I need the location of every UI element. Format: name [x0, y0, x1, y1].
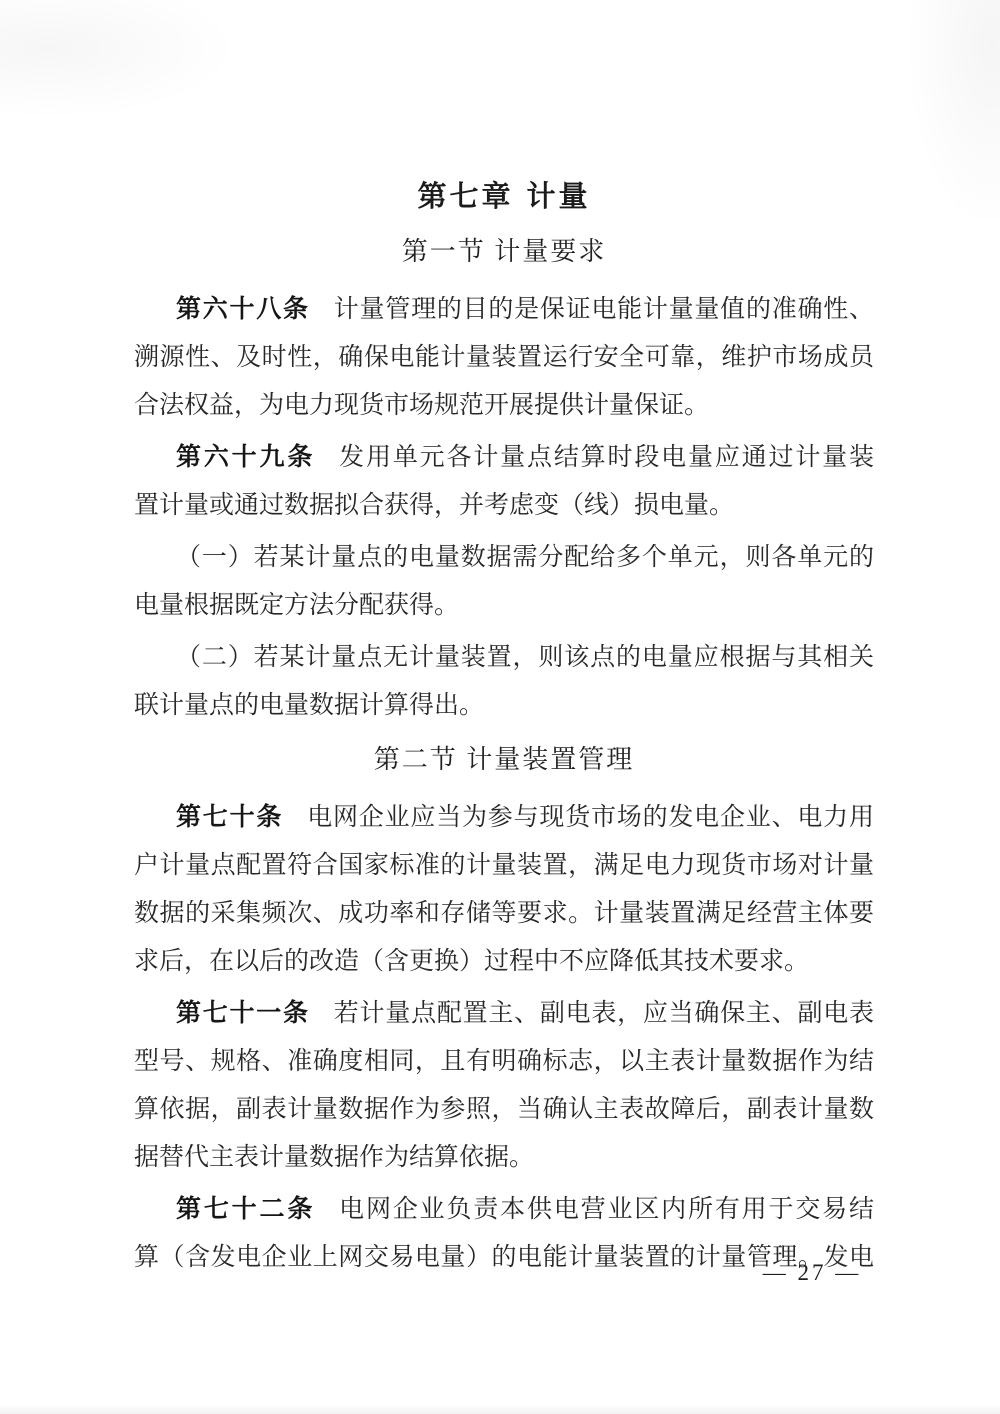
article-paragraph: 第六十八条计量管理的目的是保证电能计量量值的准确性、溯源性、及时性，确保电能计量…	[134, 286, 874, 430]
article-number: 第七十条	[176, 804, 283, 831]
article-number: 第七十一条	[176, 1000, 310, 1027]
article-number: 第七十二条	[176, 1196, 315, 1223]
text-line: 数据的采集频次、成功率和存储等要求。计量装置满足经营主体要	[134, 890, 874, 938]
text-line: 求后，在以后的改造（含更换）过程中不应降低其技术要求。	[134, 938, 874, 986]
chapter-title: 第七章 计量	[134, 176, 874, 216]
section-heading: 第一节 计量要求	[134, 228, 874, 276]
text-line: 置计量或通过数据拟合获得，并考虑变（线）损电量。	[134, 482, 874, 530]
article-paragraph: 第七十条电网企业应当为参与现货市场的发电企业、电力用户计量点配置符合国家标准的计…	[134, 794, 874, 986]
text-line: （二）若某计量点无计量装置，则该点的电量应根据与其相关	[134, 634, 874, 682]
article-number: 第六十九条	[176, 444, 315, 471]
document-page: 第七章 计量第一节 计量要求第六十八条计量管理的目的是保证电能计量量值的准确性、…	[0, 0, 1000, 1414]
page-number: — 27 —	[712, 1258, 912, 1288]
text-line: 第七十一条若计量点配置主、副电表，应当确保主、副电表	[134, 990, 874, 1038]
text-line: 联计量点的电量数据计算得出。	[134, 682, 874, 730]
article-number: 第六十八条	[176, 296, 310, 323]
scan-noise-top-left	[0, 0, 240, 120]
text-line: 第六十九条发用单元各计量点结算时段电量应通过计量装	[134, 434, 874, 482]
text-line: 溯源性、及时性，确保电能计量装置运行安全可靠，维护市场成员	[134, 334, 874, 382]
text-line: 第七十二条电网企业负责本供电营业区内所有用于交易结	[134, 1186, 874, 1234]
scan-noise-top-right	[910, 0, 1000, 220]
text-line: 型号、规格、准确度相同，且有明确标志，以主表计量数据作为结	[134, 1038, 874, 1086]
section-heading: 第二节 计量装置管理	[134, 736, 874, 784]
list-item-paragraph: （二）若某计量点无计量装置，则该点的电量应根据与其相关联计量点的电量数据计算得出…	[134, 634, 874, 730]
article-paragraph: 第七十一条若计量点配置主、副电表，应当确保主、副电表型号、规格、准确度相同，且有…	[134, 990, 874, 1182]
scan-noise-bottom-edge	[0, 1404, 1000, 1414]
text-line: 户计量点配置符合国家标准的计量装置，满足电力现货市场对计量	[134, 842, 874, 890]
text-line: （一）若某计量点的电量数据需分配给多个单元，则各单元的	[134, 534, 874, 582]
text-line: 算依据，副表计量数据作为参照，当确认主表故障后，副表计量数	[134, 1086, 874, 1134]
list-item-paragraph: （一）若某计量点的电量数据需分配给多个单元，则各单元的电量根据既定方法分配获得。	[134, 534, 874, 630]
text-line: 合法权益，为电力现货市场规范开展提供计量保证。	[134, 382, 874, 430]
text-line: 第七十条电网企业应当为参与现货市场的发电企业、电力用	[134, 794, 874, 842]
line-text: 计量管理的目的是保证电能计量量值的准确性、	[334, 296, 874, 323]
line-text: 发用单元各计量点结算时段电量应通过计量装	[339, 444, 874, 471]
article-paragraph: 第六十九条发用单元各计量点结算时段电量应通过计量装置计量或通过数据拟合获得，并考…	[134, 434, 874, 530]
text-line: 电量根据既定方法分配获得。	[134, 582, 874, 630]
text-line: 第六十八条计量管理的目的是保证电能计量量值的准确性、	[134, 286, 874, 334]
line-text: 若计量点配置主、副电表，应当确保主、副电表	[334, 1000, 874, 1027]
line-text: 电网企业负责本供电营业区内所有用于交易结	[339, 1196, 874, 1223]
document-body: 第七章 计量第一节 计量要求第六十八条计量管理的目的是保证电能计量量值的准确性、…	[134, 176, 874, 1282]
text-line: 据替代主表计量数据作为结算依据。	[134, 1134, 874, 1182]
line-text: 电网企业应当为参与现货市场的发电企业、电力用	[307, 804, 874, 831]
